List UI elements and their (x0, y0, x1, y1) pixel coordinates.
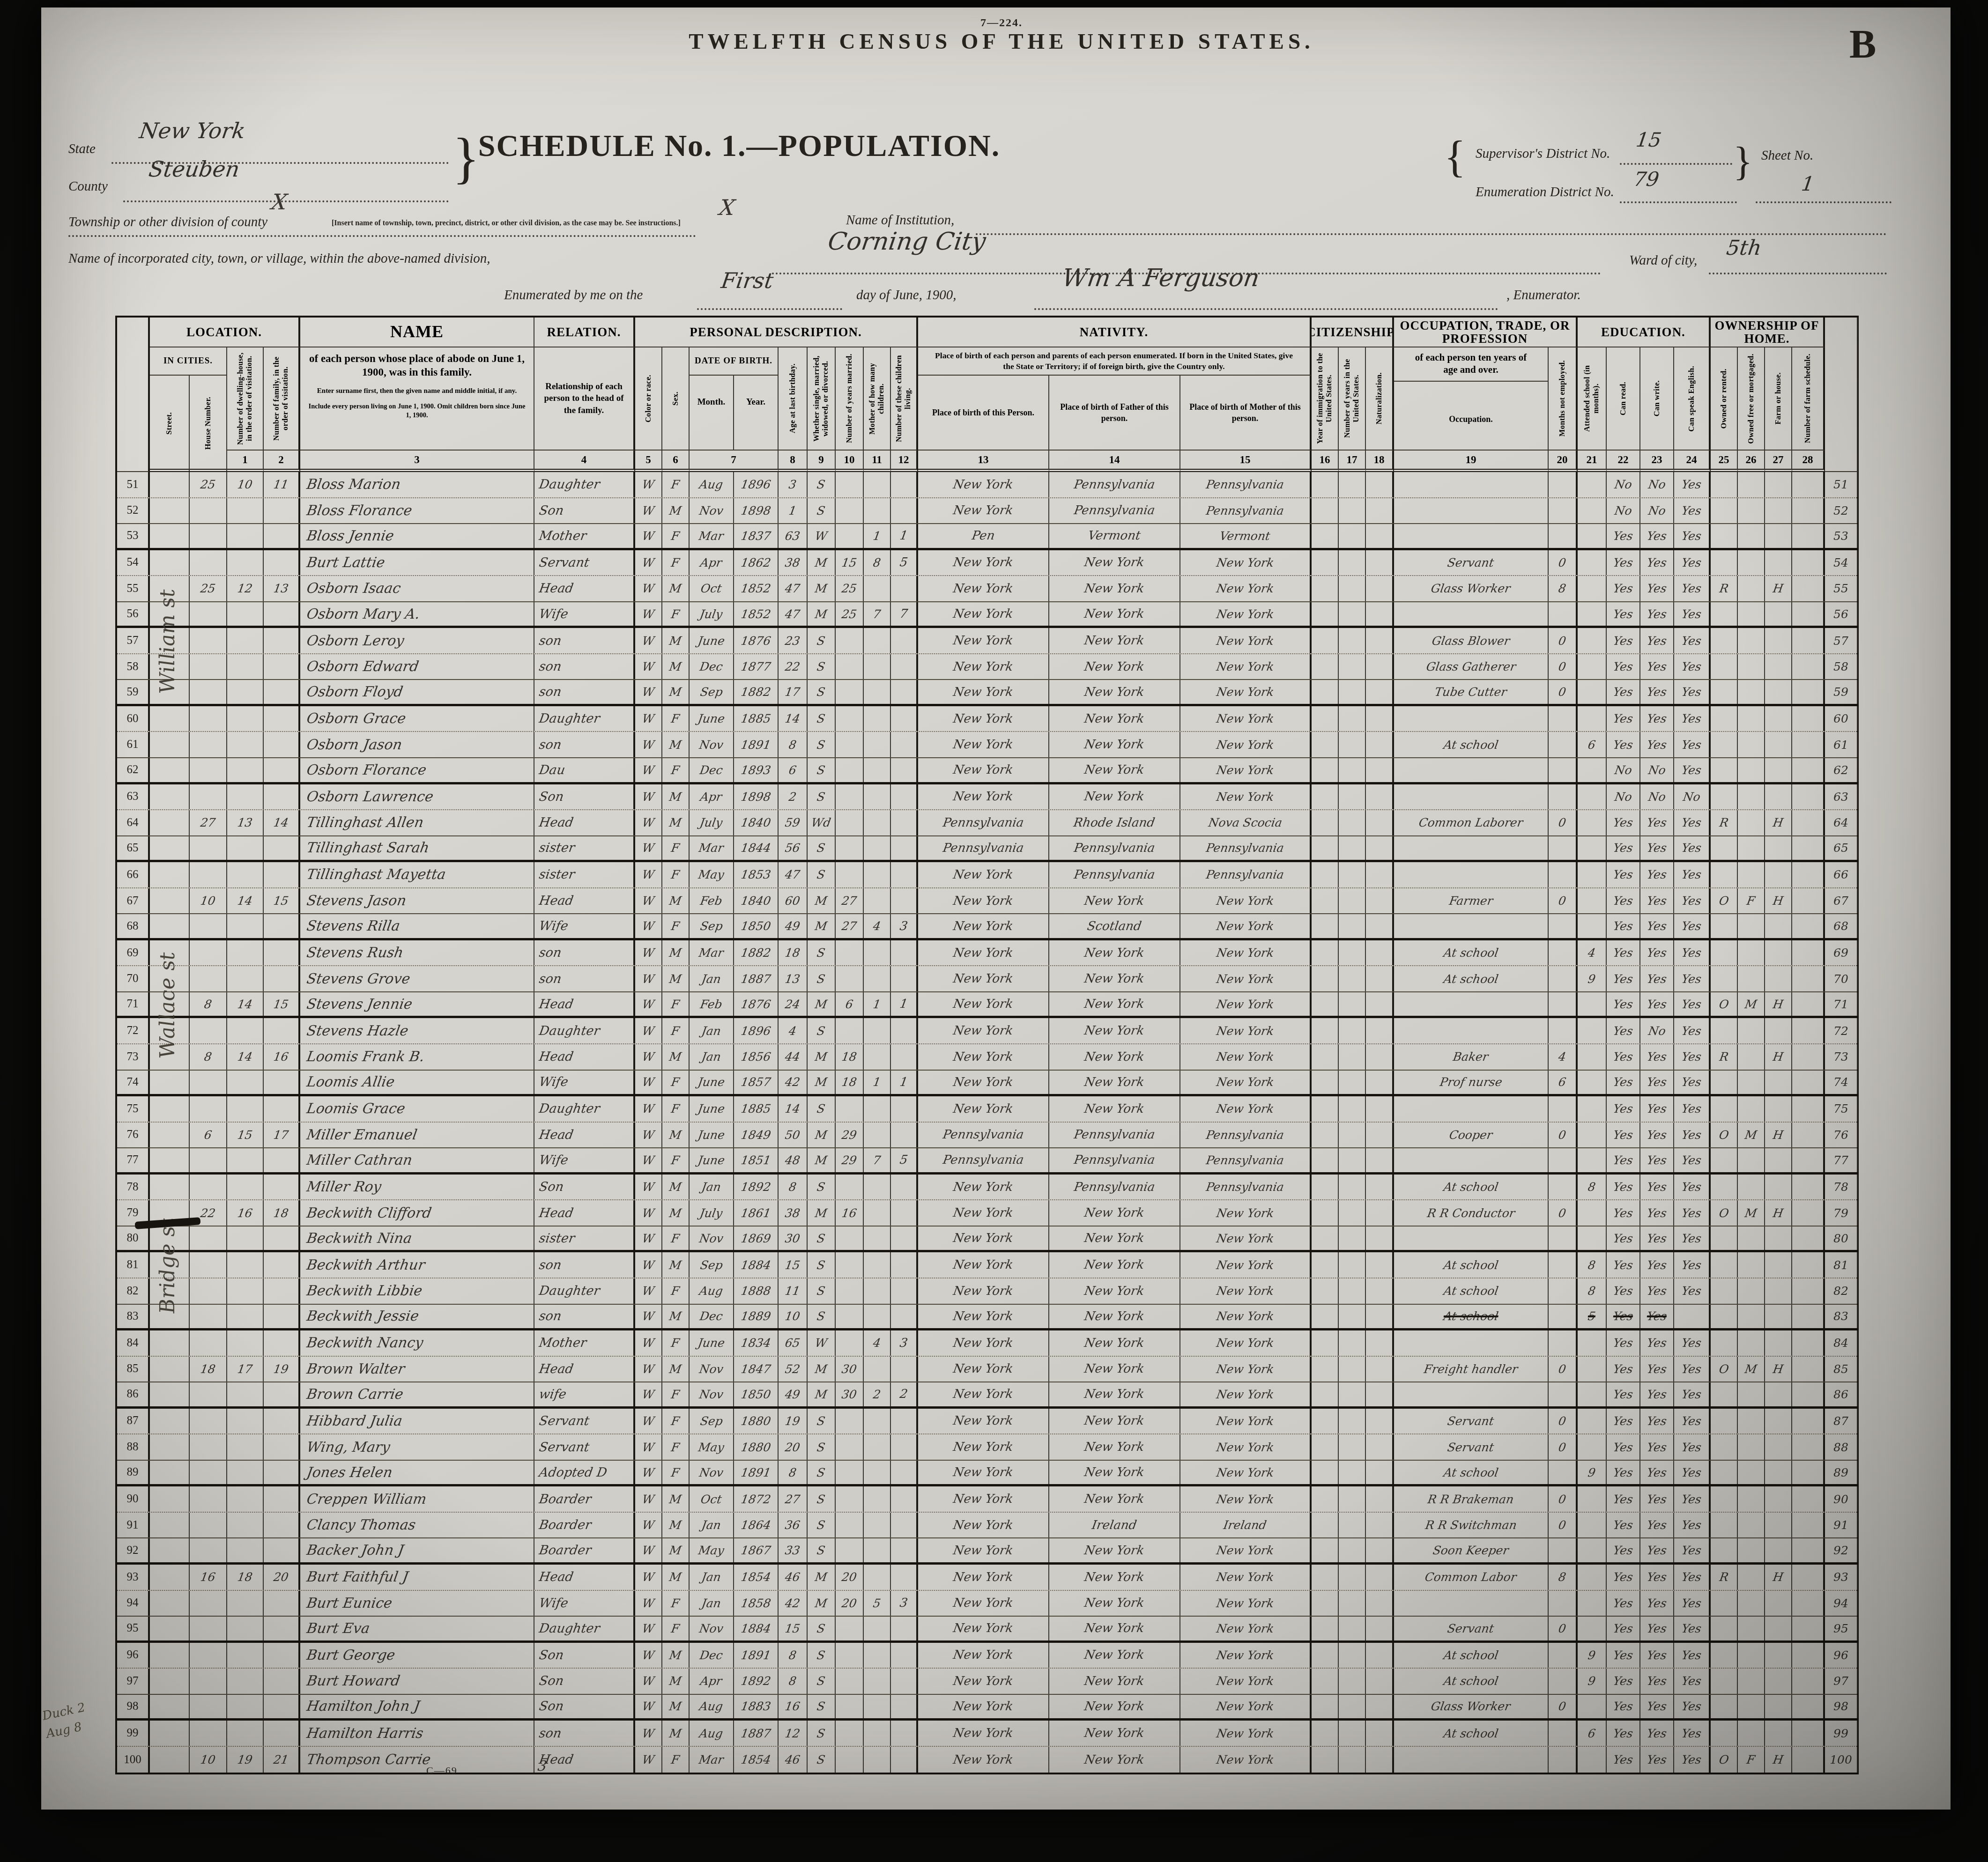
cell (1366, 1305, 1394, 1329)
cell: Yes (1640, 1591, 1674, 1616)
cell: Yes (1640, 1330, 1674, 1356)
cell (1792, 706, 1825, 731)
cell (1738, 1486, 1765, 1512)
col-years-in-us-label: Number of years in the United States. (1339, 347, 1366, 451)
cell: O (1711, 1123, 1738, 1148)
line-number: 93 (117, 1565, 150, 1590)
cell: Pennsylvania (918, 1148, 1049, 1172)
line-number: 80 (1825, 1227, 1858, 1250)
cell: Burt Howard (300, 1669, 534, 1694)
cell: 24 (779, 992, 808, 1016)
cell (1339, 1071, 1366, 1094)
cell: Cooper (1394, 1123, 1549, 1148)
cell: Yes (1607, 1461, 1640, 1485)
cell: New York (918, 1486, 1049, 1512)
cell: Nov (690, 1227, 734, 1250)
cell: F (662, 1096, 690, 1122)
cell (1738, 472, 1765, 497)
line-number: 64 (117, 810, 150, 835)
cell (1738, 576, 1765, 601)
cell: New York (1049, 1617, 1180, 1640)
cell (1312, 1695, 1339, 1719)
cell: Yes (1674, 1486, 1711, 1512)
cell (1366, 940, 1394, 966)
cell: Yes (1674, 1096, 1711, 1122)
cell: Yes (1607, 1330, 1640, 1356)
cell (864, 1617, 891, 1640)
cell (864, 758, 891, 782)
cell: Yes (1640, 1227, 1674, 1250)
cell (1312, 914, 1339, 938)
group-name: NAME (300, 318, 534, 347)
cell (1312, 576, 1339, 601)
cell: Pennsylvania (1049, 498, 1180, 524)
cell: Beckwith Jessie (300, 1305, 534, 1329)
column-number: 25 (1711, 451, 1738, 472)
cell (1312, 1123, 1339, 1148)
cell (190, 1071, 227, 1094)
cell: Yes (1607, 550, 1640, 576)
cell (864, 940, 891, 966)
cell: 14 (779, 1096, 808, 1122)
cell (190, 784, 227, 810)
cell: Brown Carrie (300, 1382, 534, 1406)
cell (836, 680, 864, 704)
cell (190, 1252, 227, 1278)
cell: Yes (1640, 628, 1674, 653)
cell: 56 (779, 836, 808, 860)
line-number: 92 (117, 1538, 150, 1562)
cell: New York (918, 1409, 1049, 1434)
cell: 12 (227, 576, 264, 601)
cell (1738, 758, 1765, 782)
cell: New York (918, 1018, 1049, 1043)
cell: Aug (690, 1695, 734, 1719)
table-row: 84Beckwith NancyMotherWFJune183465W43New… (117, 1330, 1857, 1357)
cell: W (635, 1175, 662, 1200)
cell (190, 862, 227, 887)
cell: F (662, 1747, 690, 1773)
cell: Stevens Rilla (300, 914, 534, 938)
cell: New York (1180, 1357, 1312, 1382)
table-row: 52Bloss FloranceSonWMNov18981SNew YorkPe… (117, 498, 1857, 525)
cell (1339, 1538, 1366, 1562)
cell (1738, 628, 1765, 653)
table-row: 62Osborn FloranceDauWFDec18936SNew YorkN… (117, 758, 1857, 784)
cell (150, 1721, 190, 1746)
cell (1792, 810, 1825, 835)
cell (227, 706, 264, 731)
cell: Jan (690, 1565, 734, 1590)
cell: Yes (1640, 524, 1674, 548)
cell (1711, 862, 1738, 887)
cell (1366, 1175, 1394, 1200)
cell: M (808, 1123, 836, 1148)
cell (264, 1617, 300, 1640)
cell (150, 888, 190, 914)
cell: 2 (779, 784, 808, 810)
cell: 1898 (734, 498, 779, 524)
cell: Yes (1640, 966, 1674, 991)
cell (1312, 1721, 1339, 1746)
cell (1549, 472, 1578, 497)
cell: New York (1180, 654, 1312, 680)
line-number: 55 (117, 576, 150, 601)
cell: 50 (779, 1123, 808, 1148)
cell (1312, 966, 1339, 991)
cell: 8 (1578, 1175, 1607, 1200)
cell (1738, 1434, 1765, 1460)
cell: New York (1180, 1382, 1312, 1406)
cell (1738, 1538, 1765, 1562)
cell: W (635, 1200, 662, 1226)
cell (836, 654, 864, 680)
cell: S (808, 1175, 836, 1200)
cell (864, 836, 891, 860)
cell: 13 (779, 966, 808, 991)
cell: Yes (1607, 836, 1640, 860)
group-nativity: NATIVITY. (918, 318, 1312, 347)
cell (1738, 1617, 1765, 1640)
state-county-brace: } (452, 130, 480, 186)
line-number: 72 (1825, 1018, 1858, 1043)
cell: Yes (1607, 1617, 1640, 1640)
cell: 65 (779, 1330, 808, 1356)
cell (1339, 836, 1366, 860)
cell (150, 706, 190, 731)
cell: Yes (1640, 576, 1674, 601)
cell: W (635, 862, 662, 887)
cell: Yes (1640, 1434, 1674, 1460)
cell: Yes (1640, 992, 1674, 1016)
cell (190, 1669, 227, 1694)
cell (1711, 784, 1738, 810)
cell: Yes (1607, 1148, 1640, 1172)
cell: Head (534, 888, 635, 914)
cell (264, 732, 300, 757)
cell (1549, 1747, 1578, 1773)
group-ownership: OWNERSHIP OF HOME. (1711, 318, 1825, 347)
cell: Yes (1674, 472, 1711, 497)
cell: Yes (1640, 1513, 1674, 1538)
line-number: 86 (117, 1382, 150, 1406)
cell (1549, 1461, 1578, 1485)
cell (1711, 1538, 1738, 1562)
cell: Servant (1394, 550, 1549, 576)
cell: Beckwith Nancy (300, 1330, 534, 1356)
cell (1312, 472, 1339, 497)
cell: 1892 (734, 1669, 779, 1694)
cell (891, 940, 918, 966)
cell (1312, 1486, 1339, 1512)
cell: 25 (836, 576, 864, 601)
cell (227, 602, 264, 626)
cell (1578, 1148, 1607, 1172)
cell: M (662, 628, 690, 653)
cell: Pennsylvania (1180, 862, 1312, 887)
line-number: 61 (1825, 732, 1858, 757)
cell (1578, 992, 1607, 1016)
cell (1366, 1643, 1394, 1668)
cell: 16 (836, 1200, 864, 1226)
cell (891, 576, 918, 601)
cell: Yes (1640, 1409, 1674, 1434)
cell (836, 940, 864, 966)
cell: 1851 (734, 1148, 779, 1172)
cell: New York (1049, 680, 1180, 704)
cell (1312, 1747, 1339, 1773)
cell: New York (918, 1565, 1049, 1590)
cell (1312, 732, 1339, 757)
cell: S (808, 862, 836, 887)
cell: 1882 (734, 680, 779, 704)
cell (1578, 1695, 1607, 1719)
cell (150, 1071, 190, 1094)
cell: Aug (690, 472, 734, 497)
cell (1312, 1227, 1339, 1250)
table-row: 97Burt HowardSonWMApr18928SNew YorkNew Y… (117, 1669, 1857, 1695)
cell (1765, 524, 1792, 548)
cell: Tube Cutter (1394, 680, 1549, 704)
cell: 0 (1549, 1513, 1578, 1538)
cell (1792, 1513, 1825, 1538)
cell (190, 1305, 227, 1329)
cell (1312, 784, 1339, 810)
cell: Common Labor (1394, 1565, 1549, 1590)
cell (1366, 758, 1394, 782)
cell (1312, 1669, 1339, 1694)
census-form-paper: 7—224. TWELFTH CENSUS OF THE UNITED STAT… (41, 7, 1951, 1810)
cell: W (635, 1382, 662, 1406)
cell (1366, 966, 1394, 991)
cell: Feb (690, 888, 734, 914)
cell: June (690, 1096, 734, 1122)
cell: June (690, 628, 734, 653)
cell (1792, 1227, 1825, 1250)
cell (836, 1695, 864, 1719)
cell: New York (918, 1200, 1049, 1226)
line-number: 78 (1825, 1175, 1858, 1200)
cell (1578, 1357, 1607, 1382)
cell: Yes (1640, 1044, 1674, 1070)
cell (1549, 1252, 1578, 1278)
cell: 1834 (734, 1330, 779, 1356)
cell (1792, 1747, 1825, 1773)
cell: Yes (1674, 1434, 1711, 1460)
line-number: 82 (1825, 1278, 1858, 1304)
cell: F (662, 1330, 690, 1356)
table-row: 64271314Tillinghast AllenHeadWMJuly18405… (117, 810, 1857, 836)
cell: 60 (779, 888, 808, 914)
cell (150, 1096, 190, 1122)
cell (1738, 524, 1765, 548)
cell (891, 1513, 918, 1538)
cell (891, 1357, 918, 1382)
cell: Pennsylvania (1049, 862, 1180, 887)
cell: Thompson Carrie (300, 1747, 534, 1773)
institution-underline (976, 233, 1887, 235)
cell (190, 1513, 227, 1538)
cell: M (662, 1123, 690, 1148)
cell: 1 (891, 524, 918, 548)
colnum-blank (190, 451, 227, 472)
cell (1738, 1591, 1765, 1616)
cell: W (635, 498, 662, 524)
cell (1312, 1305, 1339, 1329)
table-row: 92Backer John JBoarderWMMay186733SNew Yo… (117, 1538, 1857, 1565)
cell: 0 (1549, 1486, 1578, 1512)
cell: Vermont (1180, 524, 1312, 548)
cell: 1 (864, 992, 891, 1016)
cell (1339, 732, 1366, 757)
cell: W (635, 1486, 662, 1512)
cell (1738, 940, 1765, 966)
cell: No (1607, 758, 1640, 782)
cell (227, 524, 264, 548)
cell (227, 1486, 264, 1512)
cell: M (662, 1643, 690, 1668)
cell: Clancy Thomas (300, 1513, 534, 1538)
cell (264, 862, 300, 887)
cell: 47 (779, 576, 808, 601)
cell (1738, 1695, 1765, 1719)
line-number: 80 (117, 1227, 150, 1250)
cell (891, 498, 918, 524)
cell (227, 784, 264, 810)
cell: New York (918, 550, 1049, 576)
cell (150, 1123, 190, 1148)
cell: O (1711, 992, 1738, 1016)
cell (891, 1409, 918, 1434)
cell: Jan (690, 1018, 734, 1043)
cell: Ireland (1180, 1513, 1312, 1538)
cell (1792, 1096, 1825, 1122)
township-note: [Insert name of township, town, precinct… (332, 219, 681, 228)
cell (1792, 758, 1825, 782)
cell (1549, 966, 1578, 991)
cell (864, 680, 891, 704)
cell (1765, 1175, 1792, 1200)
cell (227, 1591, 264, 1616)
cell (190, 1148, 227, 1172)
cell (1792, 628, 1825, 653)
cell: Yes (1674, 1538, 1711, 1562)
cell (150, 1486, 190, 1512)
cell: Bloss Florance (300, 498, 534, 524)
cell (1765, 1252, 1792, 1278)
cell (1765, 654, 1792, 680)
cell: S (808, 498, 836, 524)
cell: O (1711, 1357, 1738, 1382)
cell (1366, 680, 1394, 704)
cell: M (662, 1252, 690, 1278)
cell: Yes (1607, 1305, 1640, 1329)
cell: F (662, 914, 690, 938)
cell: W (635, 1148, 662, 1172)
cell: New York (1180, 1669, 1312, 1694)
cell: Yes (1640, 1278, 1674, 1304)
cell: New York (1180, 1278, 1312, 1304)
cell: New York (918, 654, 1049, 680)
cell: New York (918, 1252, 1049, 1278)
cell: New York (1049, 1044, 1180, 1070)
cell: New York (1180, 1434, 1312, 1460)
cell: son (534, 940, 635, 966)
cell: H (1765, 576, 1792, 601)
cell: New York (918, 1461, 1049, 1485)
cell: 1869 (734, 1227, 779, 1250)
cell: Yes (1607, 680, 1640, 704)
cell: S (808, 1747, 836, 1773)
cell: Osborn Grace (300, 706, 534, 731)
cell (1578, 1565, 1607, 1590)
cell (1366, 628, 1394, 653)
cell: 1887 (734, 966, 779, 991)
cell: O (1711, 1747, 1738, 1773)
cell: 25 (190, 576, 227, 601)
cell (227, 1617, 264, 1640)
cell (1366, 914, 1394, 938)
cell: Burt Faithful J (300, 1565, 534, 1590)
cell (1549, 498, 1578, 524)
cell: New York (1049, 732, 1180, 757)
cell (1366, 1357, 1394, 1382)
cell (227, 498, 264, 524)
cell (864, 1721, 891, 1746)
cell: At school (1394, 732, 1549, 757)
cell: Osborn Mary A. (300, 602, 534, 626)
cell: 42 (779, 1591, 808, 1616)
cell (1711, 602, 1738, 626)
line-number: 64 (1825, 810, 1858, 835)
cell: S (808, 966, 836, 991)
cell (264, 498, 300, 524)
cell: No (1640, 784, 1674, 810)
cell: Yes (1640, 1096, 1674, 1122)
cell (836, 1409, 864, 1434)
table-row: 99Hamilton HarrissonWMAug188712SNew York… (117, 1721, 1857, 1747)
cell (1312, 498, 1339, 524)
district-brace-close: } (1733, 138, 1752, 185)
cell (1578, 1227, 1607, 1250)
cell: 11 (779, 1278, 808, 1304)
cell: New York (1049, 1278, 1180, 1304)
column-number: 3 (300, 451, 534, 472)
cell: 14 (779, 706, 808, 731)
cell (190, 1695, 227, 1719)
cell: 6 (779, 758, 808, 782)
cell: New York (1049, 1591, 1180, 1616)
cell (1738, 1278, 1765, 1304)
cell: 0 (1549, 550, 1578, 576)
cell (1394, 1227, 1549, 1250)
cell: Head (534, 1747, 635, 1773)
column-number: 27 (1765, 451, 1792, 472)
cell: No (1640, 498, 1674, 524)
cell: Yes (1607, 1486, 1640, 1512)
cell: M (808, 1071, 836, 1094)
cell (227, 1071, 264, 1094)
cell (1339, 784, 1366, 810)
cell (190, 1486, 227, 1512)
cell: Yes (1607, 1513, 1640, 1538)
line-number: 81 (1825, 1252, 1858, 1278)
col-attended-school-label: Attended school (in months). (1578, 347, 1607, 451)
cell (1578, 628, 1607, 653)
cell: Hibbard Julia (300, 1409, 534, 1434)
cell (1394, 706, 1549, 731)
cell (891, 1747, 918, 1773)
